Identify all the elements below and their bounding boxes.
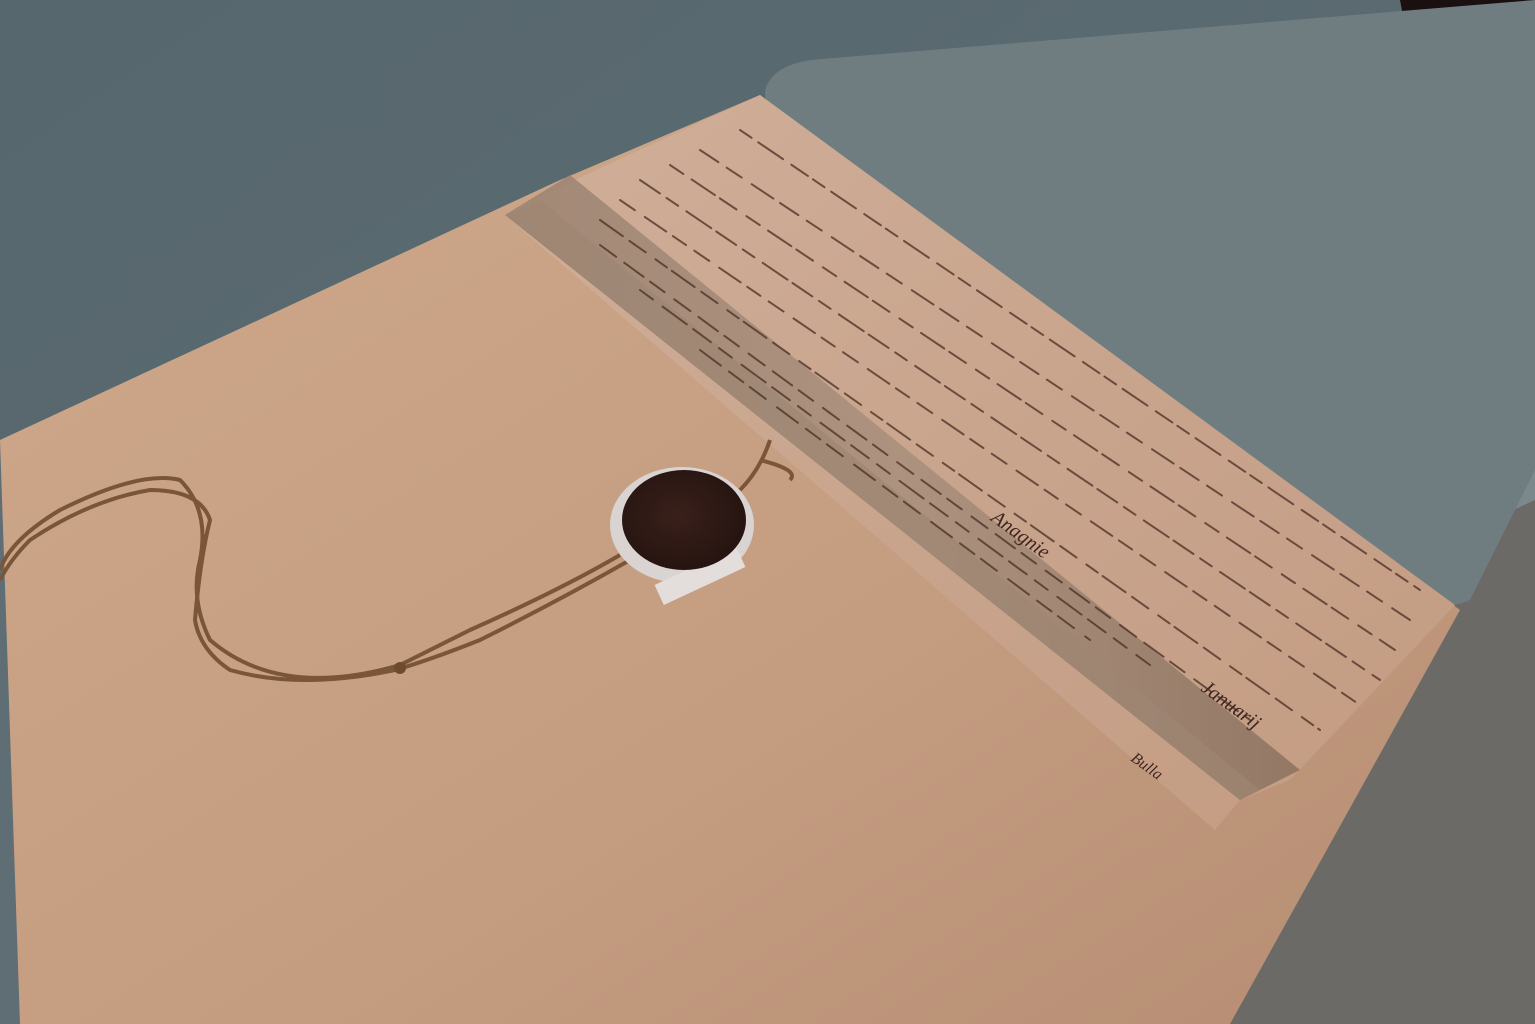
cord-knot xyxy=(394,662,406,674)
photo-scene: ARHOV Anagnie Januarij Bulla xyxy=(0,0,1535,1024)
wax-seal xyxy=(622,470,746,570)
charter-photograph: ARHOV Anagnie Januarij Bulla xyxy=(0,0,1535,1024)
